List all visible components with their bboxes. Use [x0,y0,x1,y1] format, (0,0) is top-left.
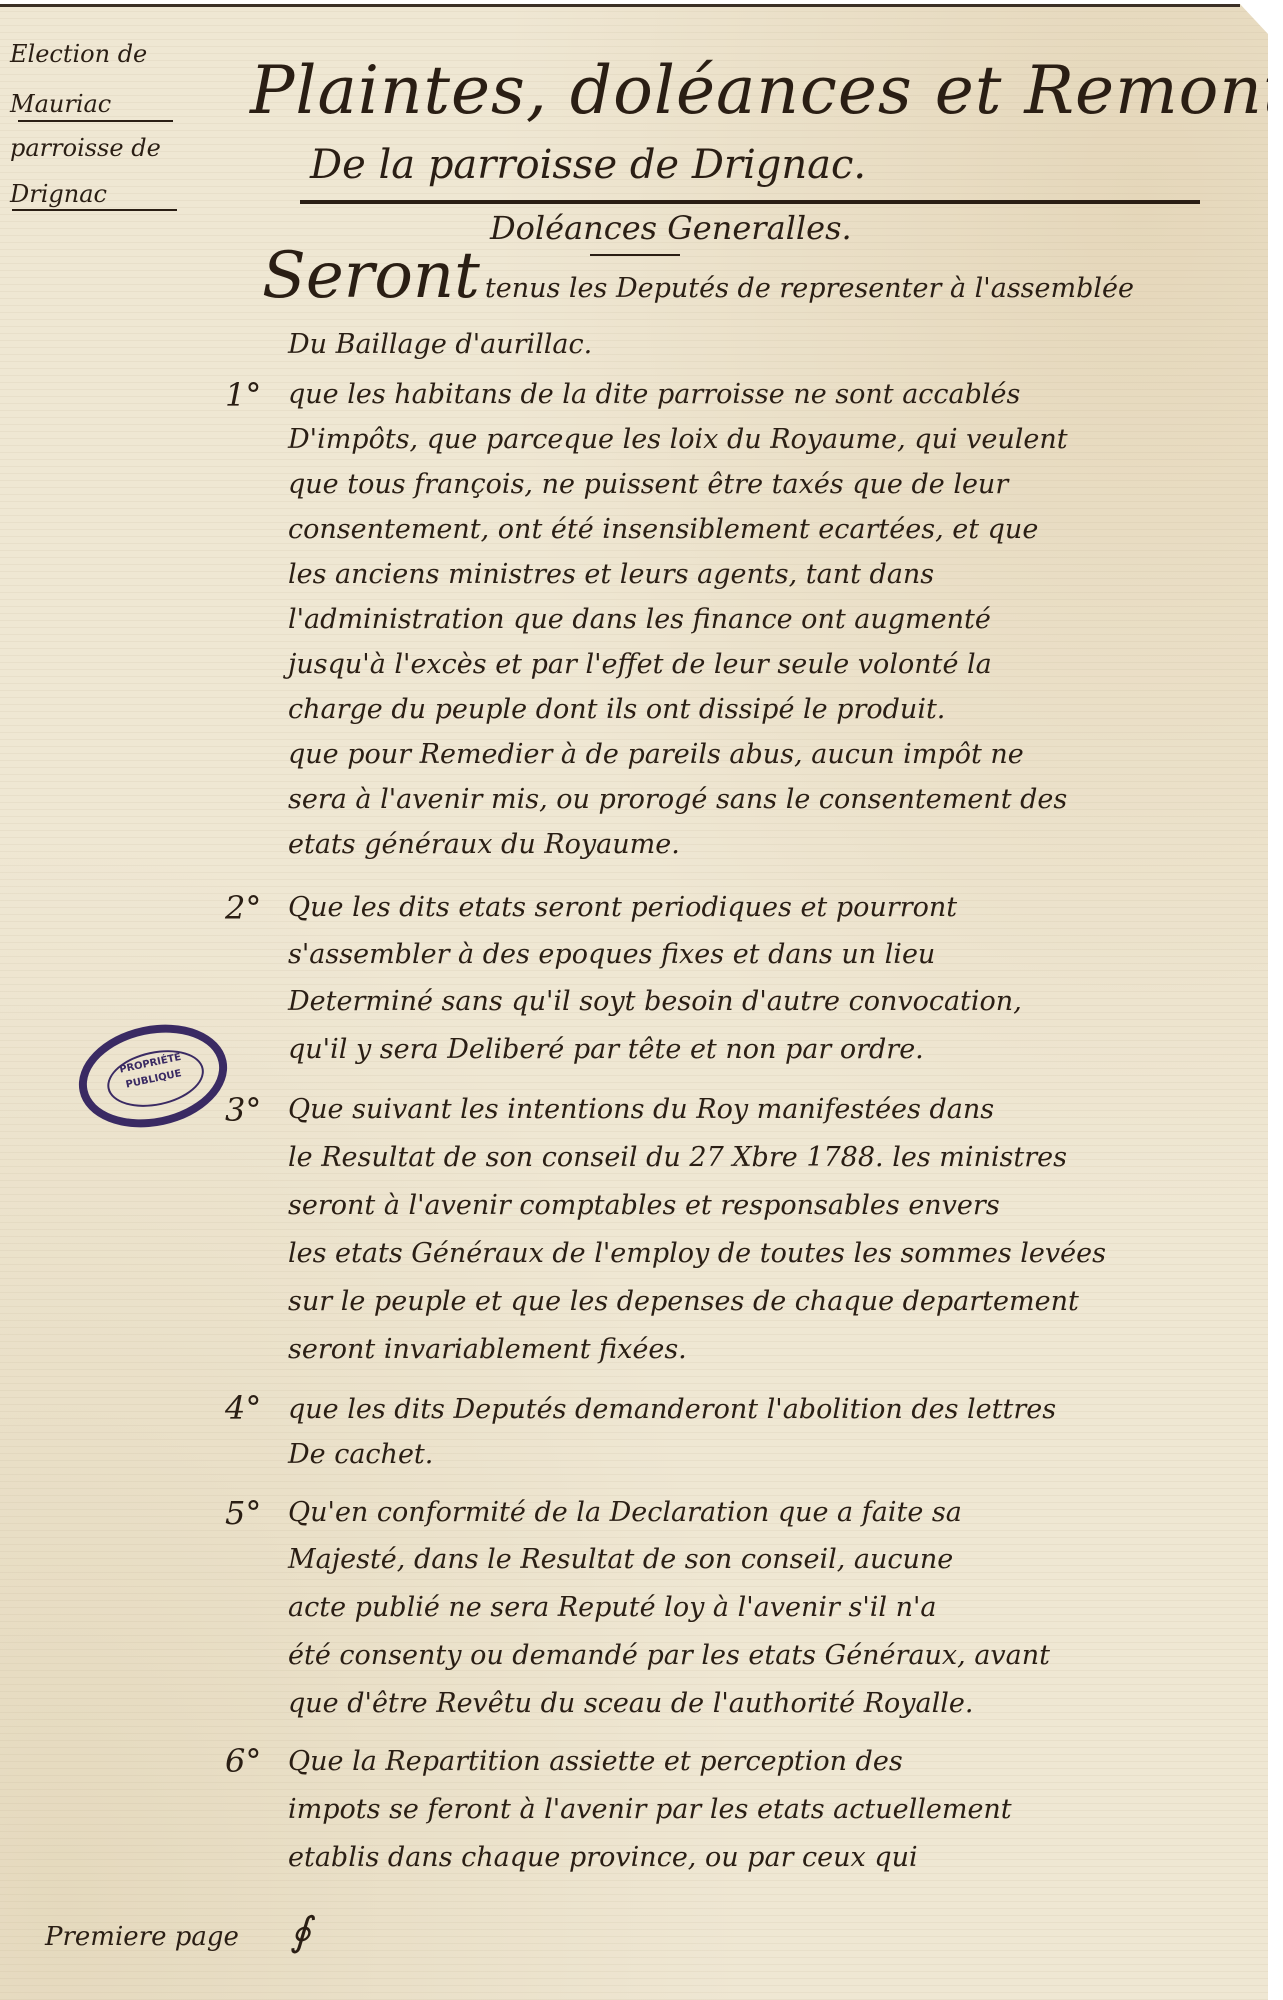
archive-stamp: PROPRIÉTÉ PUBLIQUE [69,1011,237,1140]
article-line: etablis dans chaque province, ou par ceu… [288,1842,918,1873]
intro-line-2: Du Baillage d'aurillac. [288,329,592,360]
document-subtitle: De la parroisse de Drignac. [310,142,866,188]
article-line: sur le peuple et que les depenses de cha… [288,1286,1079,1317]
intro-line-1: tenus les Deputés de representer à l'ass… [485,273,1134,304]
article-line: Que la Repartition assiette et perceptio… [288,1746,903,1777]
article-2-number: 2° [225,889,261,927]
article-line: les anciens ministres et leurs agents, t… [288,559,934,590]
margin-note-line-4: Drignac [10,180,107,208]
article-line: que pour Remedier à de pareils abus, auc… [288,739,1024,770]
margin-note-line-1: Election de [10,40,147,68]
margin-note-line-3: parroisse de [10,134,161,162]
margin-note-rule-2 [12,209,177,211]
article-line: Majesté, dans le Resultat de son conseil… [288,1544,953,1575]
paraph-flourish-icon: ∮ [290,1909,311,1955]
article-line: Qu'en conformité de la Declaration que a… [288,1497,962,1528]
article-line: que les habitans de la dite parroisse ne… [288,379,1020,410]
article-line: sera à l'avenir mis, ou prorogé sans le … [288,784,1067,815]
article-3-number: 3° [225,1091,261,1129]
article-line: De cachet. [288,1439,433,1470]
article-line: l'administration que dans les finance on… [288,604,991,635]
article-line: seront à l'avenir comptables et responsa… [288,1190,1000,1221]
article-6-number: 6° [225,1742,261,1780]
article-line: charge du peuple dont ils ont dissipé le… [288,694,945,725]
article-line: s'assembler à des epoques fixes et dans … [288,939,935,970]
article-line: jusqu'à l'excès et par l'effet de leur s… [288,649,992,680]
article-line: D'impôts, que parceque les loix du Royau… [288,424,1068,455]
title-underline [300,200,1200,204]
article-5-number: 5° [225,1494,261,1532]
intro-paragraph: Seront tenus les Deputés de representer … [262,239,1134,313]
article-4-number: 4° [225,1389,261,1427]
margin-note-line-2: Mauriac [10,90,111,118]
article-line: le Resultat de son conseil du 27 Xbre 17… [288,1142,1067,1173]
article-line: qu'il y sera Deliberé par tête et non pa… [288,1034,924,1065]
article-line: que tous françois, ne puissent être taxé… [288,469,1008,500]
article-line: consentement, ont été insensiblement eca… [288,514,1038,545]
article-1-number: 1° [225,376,261,414]
article-line: seront invariablement fixées. [288,1334,687,1365]
article-line: acte publié ne sera Reputé loy à l'aveni… [288,1592,937,1623]
intro-lead-word: Seront [262,239,480,313]
margin-note-rule [18,120,173,122]
article-line: que d'être Revêtu du sceau de l'authorit… [288,1688,973,1719]
article-line: etats généraux du Royaume. [288,829,680,860]
article-line: Que suivant les intentions du Roy manife… [288,1094,994,1125]
article-line: Que les dits etats seront periodiques et… [288,892,957,923]
article-line: que les dits Deputés demanderont l'aboli… [288,1394,1056,1425]
manuscript-page: Election de Mauriac parroisse de Drignac… [0,4,1268,2000]
article-line: impots se feront à l'avenir par les etat… [288,1794,1012,1825]
article-line: Determiné sans qu'il soyt besoin d'autre… [288,986,1022,1017]
article-line: été consenty ou demandé par les etats Gé… [288,1640,1050,1671]
page-footer-note: Premiere page [45,1922,239,1952]
document-title: Plaintes, doléances et Remontrances [250,52,1283,129]
article-line: les etats Généraux de l'employ de toutes… [288,1238,1106,1269]
